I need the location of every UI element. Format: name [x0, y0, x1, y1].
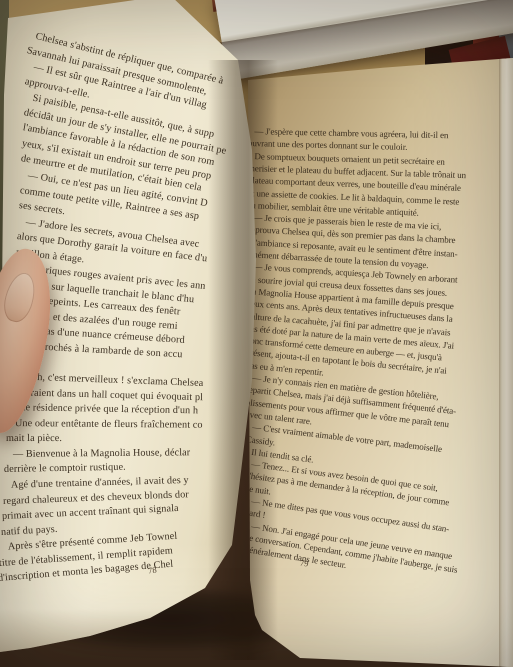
right-page-text: — J'espère que cette chambre vous agréer…	[218, 30, 513, 667]
photo-open-book: 5 — J'espère que cette chambre vous agré…	[0, 0, 513, 667]
thumb-nail	[0, 270, 40, 326]
book-page-right: — J'espère que cette chambre vous agréer…	[218, 30, 513, 667]
page-number-right: 79	[299, 558, 309, 569]
page-number-left: 78	[147, 564, 157, 575]
